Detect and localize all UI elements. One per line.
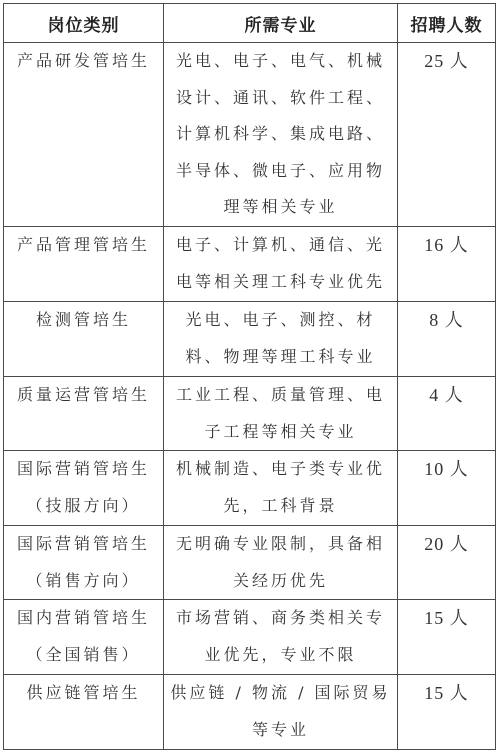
majors-line: 计算机科学、集成电路、 — [164, 116, 397, 153]
majors-line: 关经历优先 — [164, 563, 397, 600]
headcount-value: 25 人 — [398, 43, 495, 80]
headcount-cell: 4 人 — [398, 376, 496, 450]
headcount-value: 8 人 — [398, 302, 495, 339]
position-line: （销售方向） — [4, 563, 163, 600]
headcount-value: 20 人 — [398, 526, 495, 563]
majors-line: 机械制造、电子类专业优 — [164, 451, 397, 488]
position-cell: 产品研发管培生 — [4, 43, 164, 227]
headcount-value: 10 人 — [398, 451, 495, 488]
majors-line: 工业工程、质量管理、电 — [164, 377, 397, 414]
table-row: 供应链管培生 供应链 / 物流 / 国际贸易 等专业 15 人 — [4, 675, 496, 749]
position-line: （技服方向） — [4, 488, 163, 525]
table-header-row: 岗位类别 所需专业 招聘人数 — [4, 4, 496, 43]
majors-line: 无明确专业限制，具备相 — [164, 526, 397, 563]
position-line: 产品研发管培生 — [4, 43, 163, 80]
majors-line: 等专业 — [164, 712, 397, 749]
position-cell: 供应链管培生 — [4, 675, 164, 749]
majors-cell: 光电、电子、测控、材 料、物理等理工科专业 — [164, 301, 398, 376]
position-line: （全国销售） — [4, 637, 163, 674]
position-cell: 国际营销管培生 （销售方向） — [4, 526, 164, 600]
majors-line: 子工程等相关专业 — [164, 414, 397, 451]
majors-line: 电子、计算机、通信、光 — [164, 227, 397, 264]
position-line: 国内营销管培生 — [4, 600, 163, 637]
table-row: 质量运营管培生 工业工程、质量管理、电 子工程等相关专业 4 人 — [4, 376, 496, 450]
majors-line: 光电、电子、电气、机械 — [164, 43, 397, 80]
position-line: 产品管理管培生 — [4, 227, 163, 264]
majors-line: 业优先，专业不限 — [164, 637, 397, 674]
headcount-value: 4 人 — [398, 377, 495, 414]
majors-cell: 供应链 / 物流 / 国际贸易 等专业 — [164, 675, 398, 749]
position-line: 质量运营管培生 — [4, 377, 163, 414]
position-line: 国际营销管培生 — [4, 526, 163, 563]
majors-cell: 无明确专业限制，具备相 关经历优先 — [164, 526, 398, 600]
majors-cell: 光电、电子、电气、机械 设计、通讯、软件工程、 计算机科学、集成电路、 半导体、… — [164, 43, 398, 227]
table-row: 国内营销管培生 （全国销售） 市场营销、商务类相关专 业优先，专业不限 15 人 — [4, 600, 496, 675]
header-required-majors: 所需专业 — [164, 4, 398, 43]
position-cell: 检测管培生 — [4, 301, 164, 376]
table-row: 国际营销管培生 （销售方向） 无明确专业限制，具备相 关经历优先 20 人 — [4, 526, 496, 600]
majors-line: 先，工科背景 — [164, 488, 397, 525]
header-position-category: 岗位类别 — [4, 4, 164, 43]
headcount-cell: 16 人 — [398, 226, 496, 301]
majors-line: 市场营销、商务类相关专 — [164, 600, 397, 637]
majors-line: 理等相关专业 — [164, 189, 397, 226]
majors-cell: 工业工程、质量管理、电 子工程等相关专业 — [164, 376, 398, 450]
position-cell: 产品管理管培生 — [4, 226, 164, 301]
majors-line: 半导体、微电子、应用物 — [164, 153, 397, 190]
position-cell: 质量运营管培生 — [4, 376, 164, 450]
headcount-cell: 15 人 — [398, 600, 496, 675]
majors-line: 电等相关理工科专业优先 — [164, 264, 397, 301]
majors-cell: 市场营销、商务类相关专 业优先，专业不限 — [164, 600, 398, 675]
table-row: 国际营销管培生 （技服方向） 机械制造、电子类专业优 先，工科背景 10 人 — [4, 451, 496, 526]
table-row: 产品管理管培生 电子、计算机、通信、光 电等相关理工科专业优先 16 人 — [4, 226, 496, 301]
position-cell: 国际营销管培生 （技服方向） — [4, 451, 164, 526]
headcount-cell: 8 人 — [398, 301, 496, 376]
majors-line: 光电、电子、测控、材 — [164, 302, 397, 339]
headcount-cell: 20 人 — [398, 526, 496, 600]
headcount-cell: 25 人 — [398, 43, 496, 227]
headcount-cell: 10 人 — [398, 451, 496, 526]
position-cell: 国内营销管培生 （全国销售） — [4, 600, 164, 675]
headcount-value: 15 人 — [398, 600, 495, 637]
headcount-cell: 15 人 — [398, 675, 496, 749]
headcount-value: 16 人 — [398, 227, 495, 264]
position-line: 检测管培生 — [4, 302, 163, 339]
majors-cell: 机械制造、电子类专业优 先，工科背景 — [164, 451, 398, 526]
recruitment-table: 岗位类别 所需专业 招聘人数 产品研发管培生 光电、电子、电气、机械 设计、通讯… — [3, 3, 496, 750]
position-line: 供应链管培生 — [4, 675, 163, 712]
table-row: 检测管培生 光电、电子、测控、材 料、物理等理工科专业 8 人 — [4, 301, 496, 376]
majors-line: 设计、通讯、软件工程、 — [164, 80, 397, 117]
majors-cell: 电子、计算机、通信、光 电等相关理工科专业优先 — [164, 226, 398, 301]
header-headcount: 招聘人数 — [398, 4, 496, 43]
majors-line: 料、物理等理工科专业 — [164, 339, 397, 376]
majors-line: 供应链 / 物流 / 国际贸易 — [164, 675, 397, 712]
position-line: 国际营销管培生 — [4, 451, 163, 488]
table-row: 产品研发管培生 光电、电子、电气、机械 设计、通讯、软件工程、 计算机科学、集成… — [4, 43, 496, 227]
headcount-value: 15 人 — [398, 675, 495, 712]
